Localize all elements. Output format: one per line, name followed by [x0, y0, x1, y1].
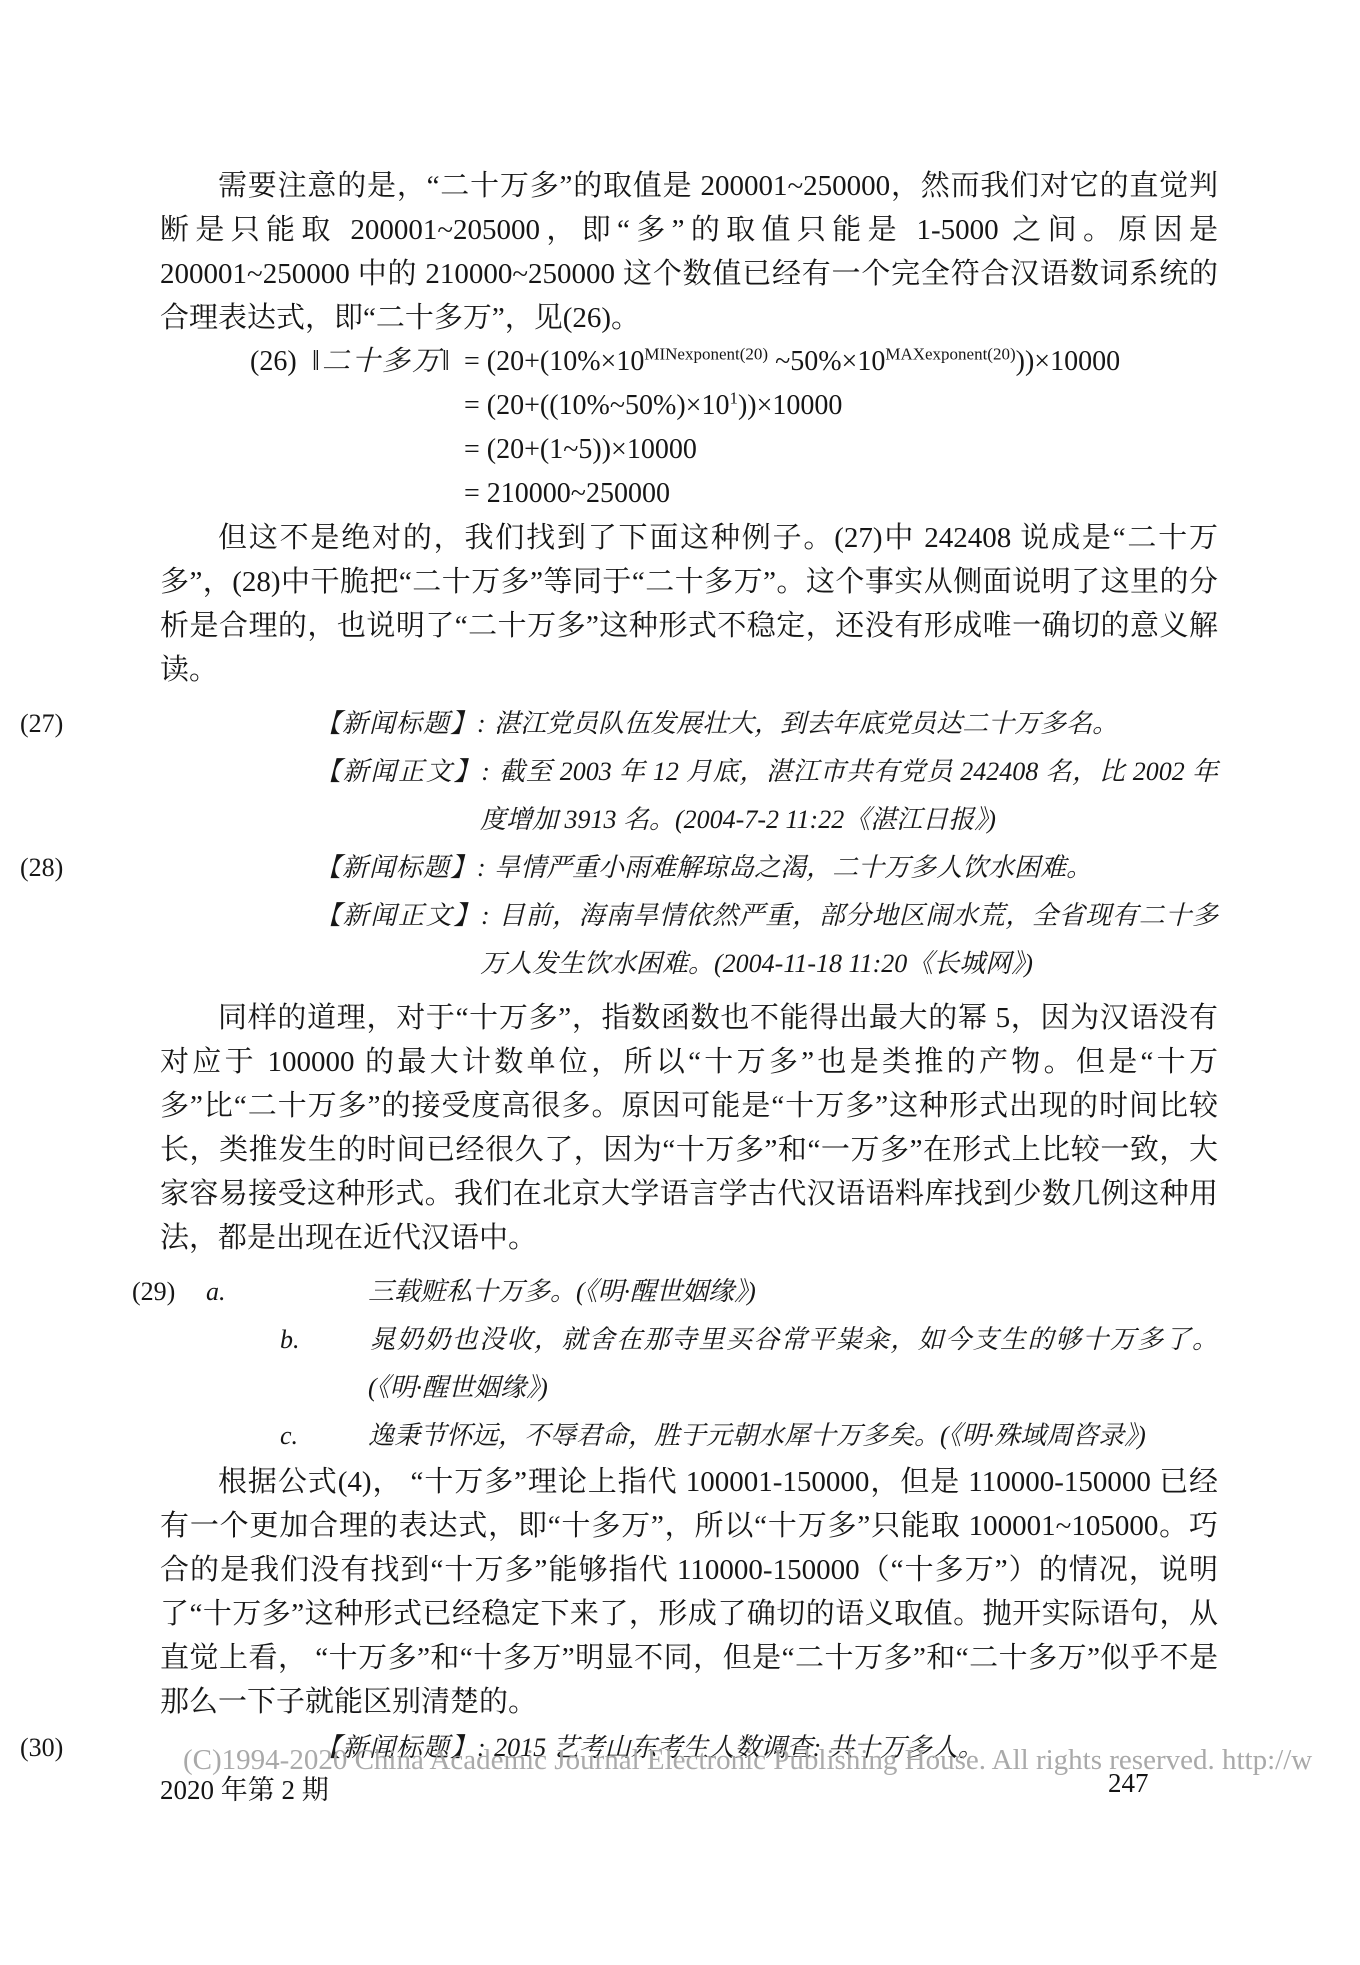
- example-28-body-line: 【新闻正文】: 目前，海南旱情依然严重，部分地区闹水荒，全省现有二十多万人发生饮…: [160, 892, 1218, 988]
- news-body-tag: 【新闻正文】:: [315, 757, 499, 786]
- example-27-body-text: 截至 2003 年 12 月底，湛江市共有党员 242408 名，比 2002 …: [480, 757, 1218, 834]
- paragraph-shiwanduo: 同样的道理，对于“十万多”，指数函数也不能得出最大的幂 5，因为汉语没有对应于 …: [160, 996, 1218, 1260]
- news-title-tag: 【新闻标题】:: [315, 853, 494, 882]
- example-28-body-text: 目前，海南旱情依然严重，部分地区闹水荒，全省现有二十多万人发生饮水困难。(200…: [480, 901, 1218, 978]
- example-28-label: (28): [250, 844, 315, 892]
- example-29-item-b: b.晁奶奶也没收，就舍在那寺里买谷常平粜籴，如今支生的够十万多了。(《明·醒世姻…: [160, 1316, 1218, 1412]
- formula-26-rhs-part3: ))×10000: [1016, 346, 1120, 377]
- formula-26-rhs-part1: = (20+(10%×10: [464, 346, 644, 377]
- example-29: (29)a.三载赃私十万多。(《明·醒世姻缘》) b.晁奶奶也没收，就舍在那寺里…: [160, 1268, 1218, 1460]
- journal-page: 需要注意的是，“二十万多”的取值是 200001~250000，然而我们对它的直…: [0, 0, 1360, 1965]
- example-29-text-c: 逸秉节怀远，不辱君命，胜于元朝水犀十万多矣。(《明·殊域周咨录》): [368, 1421, 1146, 1450]
- formula-26-max-exponent: MAXexponent(20): [885, 345, 1015, 364]
- example-29-item-a: (29)a.三载赃私十万多。(《明·醒世姻缘》): [160, 1268, 1218, 1316]
- example-28-title-line: (28)【新闻标题】: 旱情严重小雨难解琼岛之渴，二十万多人饮水困难。: [160, 844, 1218, 892]
- example-27-title-text: 湛江党员队伍发展壮大，到去年底党员达二十万多名。: [494, 709, 1118, 738]
- example-29-item-c: c.逸秉节怀远，不辱君命，胜于元朝水犀十万多矣。(《明·殊域周咨录》): [160, 1412, 1218, 1460]
- copyright-watermark: (C)1994-2020 China Academic Journal Elec…: [183, 1744, 1360, 1777]
- example-27: (27)【新闻标题】: 湛江党员队伍发展壮大，到去年底党员达二十万多名。 【新闻…: [160, 700, 1218, 844]
- formula-26-line2-pre: = (20+((10%~50%)×10: [464, 390, 729, 421]
- page-number: 247: [1108, 1768, 1149, 1799]
- paragraph-counterexamples: 但这不是绝对的，我们找到了下面这种例子。(27)中 242408 说成是“二十万…: [160, 516, 1218, 692]
- paragraph-formula4-discussion: 根据公式(4)， “十万多”理论上指代 100001-150000，但是 110…: [160, 1460, 1218, 1724]
- formula-26-lhs: ‖二十多万‖: [312, 340, 464, 384]
- example-29-text-a: 三载赃私十万多。(《明·醒世姻缘》): [368, 1277, 756, 1306]
- example-29-marker-a: a.: [324, 1268, 368, 1316]
- formula-26-min-exponent: MINexponent(20): [644, 345, 768, 364]
- formula-26-line-1: (26)‖二十多万‖= (20+(10%×10MINexponent(20) ~…: [160, 340, 1218, 384]
- example-27-body-line: 【新闻正文】: 截至 2003 年 12 月底，湛江市共有党员 242408 名…: [160, 748, 1218, 844]
- example-28: (28)【新闻标题】: 旱情严重小雨难解琼岛之渴，二十万多人饮水困难。 【新闻正…: [160, 844, 1218, 988]
- formula-26-line-3: = (20+(1~5))×10000: [160, 428, 1218, 472]
- news-body-tag: 【新闻正文】:: [315, 901, 499, 930]
- example-29-marker-c: c.: [324, 1412, 368, 1460]
- formula-26-line2-post: ))×10000: [738, 390, 842, 421]
- journal-issue-label: 2020 年第 2 期: [160, 1768, 329, 1807]
- example-27-title-line: (27)【新闻标题】: 湛江党员队伍发展壮大，到去年底党员达二十万多名。: [160, 700, 1218, 748]
- formula-26-line2-exponent: 1: [729, 389, 738, 408]
- example-28-title-text: 旱情严重小雨难解琼岛之渴，二十万多人饮水困难。: [494, 853, 1092, 882]
- formula-26-label: (26): [250, 340, 312, 384]
- formula-26-block: (26)‖二十多万‖= (20+(10%×10MINexponent(20) ~…: [160, 340, 1218, 516]
- formula-26-line-2: = (20+((10%~50%)×101))×10000: [160, 384, 1218, 428]
- page-content: 需要注意的是，“二十万多”的取值是 200001~250000，然而我们对它的直…: [160, 164, 1218, 1772]
- formula-26-line-4: = 210000~250000: [160, 472, 1218, 516]
- example-29-marker-b: b.: [324, 1316, 368, 1364]
- example-29-text-b: 晁奶奶也没收，就舍在那寺里买谷常平粜籴，如今支生的够十万多了。(《明·醒世姻缘》…: [368, 1325, 1218, 1402]
- example-27-label: (27): [250, 700, 315, 748]
- news-title-tag: 【新闻标题】:: [315, 709, 494, 738]
- paragraph-attention-note: 需要注意的是，“二十万多”的取值是 200001~250000，然而我们对它的直…: [160, 164, 1218, 340]
- example-29-label: (29): [250, 1268, 324, 1316]
- formula-26-rhs-part2: ~50%×10: [768, 346, 885, 377]
